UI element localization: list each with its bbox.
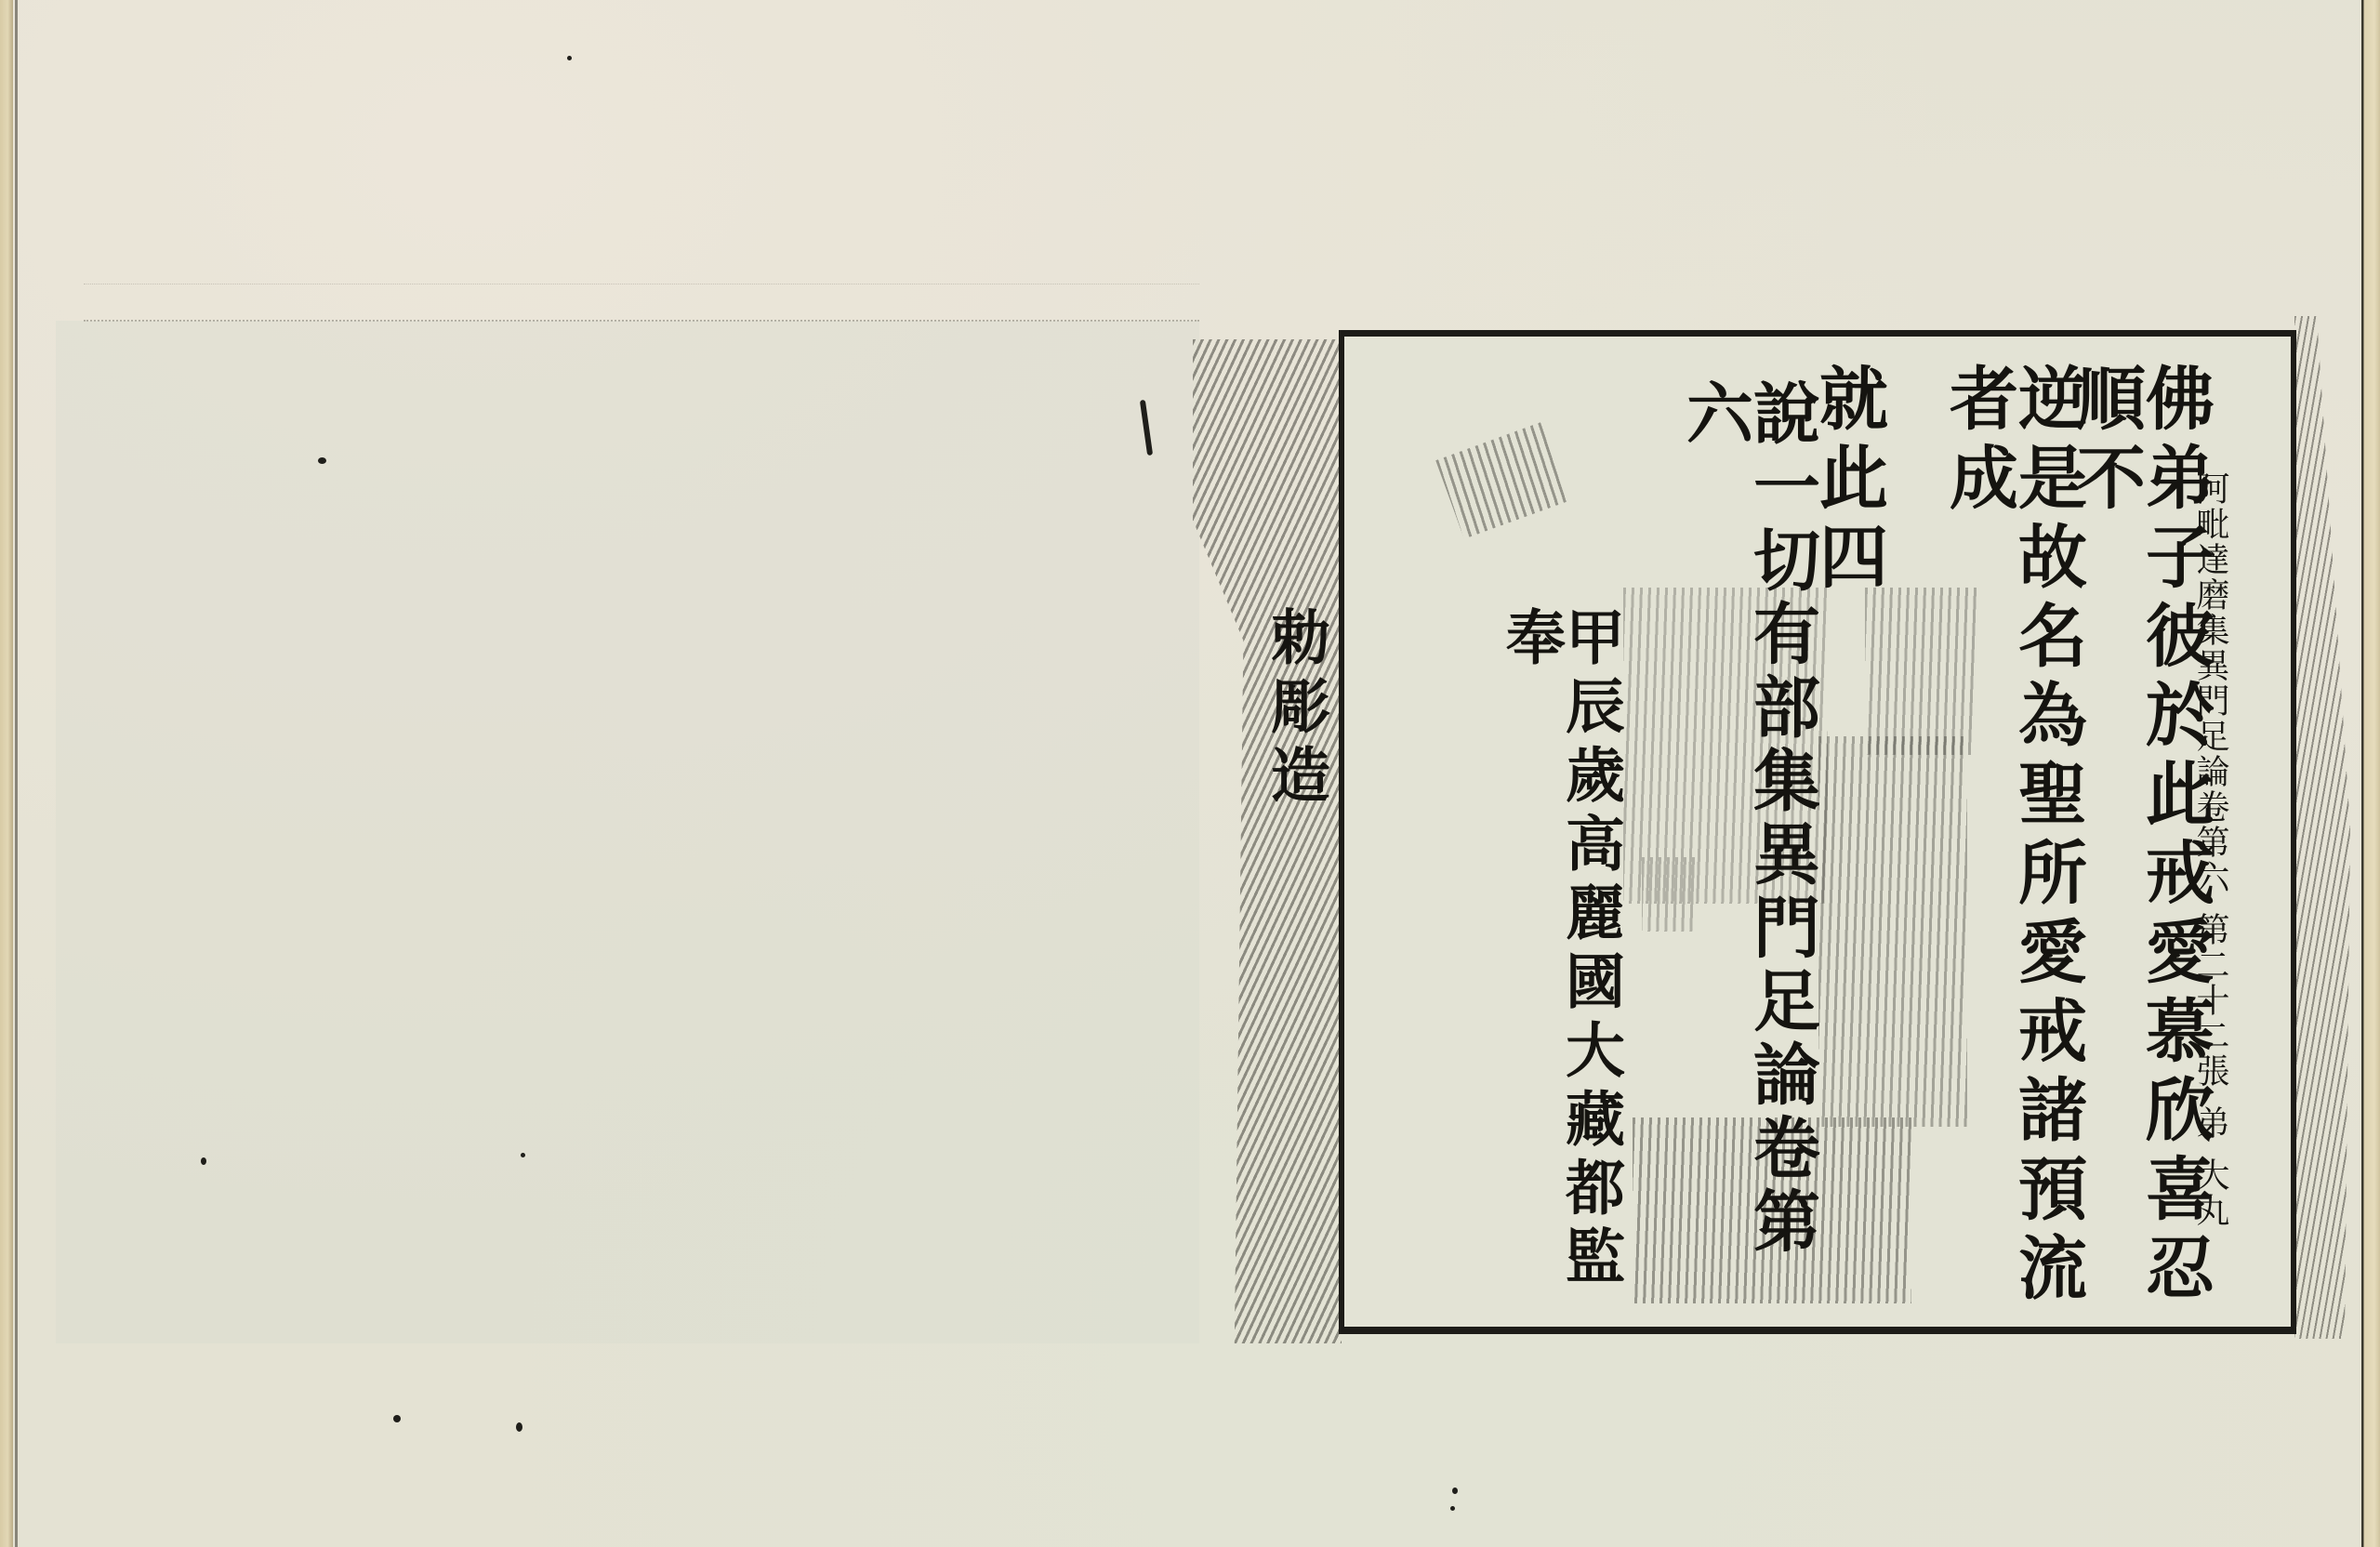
paper-speck	[1450, 1506, 1455, 1511]
body-column-1: 佛弟子彼於此戒愛慕欣喜忍順不	[2071, 363, 2209, 1327]
end-title: 說一切有部集異門足論卷第六	[1681, 378, 1815, 1327]
print-frame: 阿毗達磨集異門足論卷第六第二十二張弟大丸 佛弟子彼於此戒愛慕欣喜忍順不 逆是故名…	[1339, 330, 2296, 1334]
left-binding-line	[15, 0, 18, 1547]
ink-smudge	[1435, 422, 1569, 539]
woodblock-edge-left	[1193, 339, 1342, 1343]
body-column-3: 就此四	[1814, 363, 1883, 600]
right-binding-edge	[2361, 0, 2380, 1547]
paper-speck	[516, 1422, 522, 1432]
faint-horizontal-band	[84, 284, 1199, 322]
body-column-2: 逆是故名為聖所愛戒諸預流者成	[1944, 363, 2082, 1327]
paper-speck	[567, 56, 572, 60]
paper-speck	[521, 1153, 525, 1157]
left-binding-edge	[0, 0, 13, 1547]
paper-speck	[318, 457, 326, 464]
colophon-line-2: 勅彫造	[1265, 606, 1325, 813]
blank-page-area	[56, 321, 1199, 1343]
paper-speck	[393, 1415, 401, 1422]
paper-speck	[1452, 1487, 1458, 1494]
scanned-page: 阿毗達磨集異門足論卷第六第二十二張弟大丸 佛弟子彼於此戒愛慕欣喜忍順不 逆是故名…	[0, 0, 2380, 1547]
paper-speck	[201, 1157, 206, 1165]
colophon-line-1: 甲辰歲高麗國大藏都監奉	[1501, 606, 1620, 1327]
woodblock-edge-right	[2294, 316, 2350, 1339]
